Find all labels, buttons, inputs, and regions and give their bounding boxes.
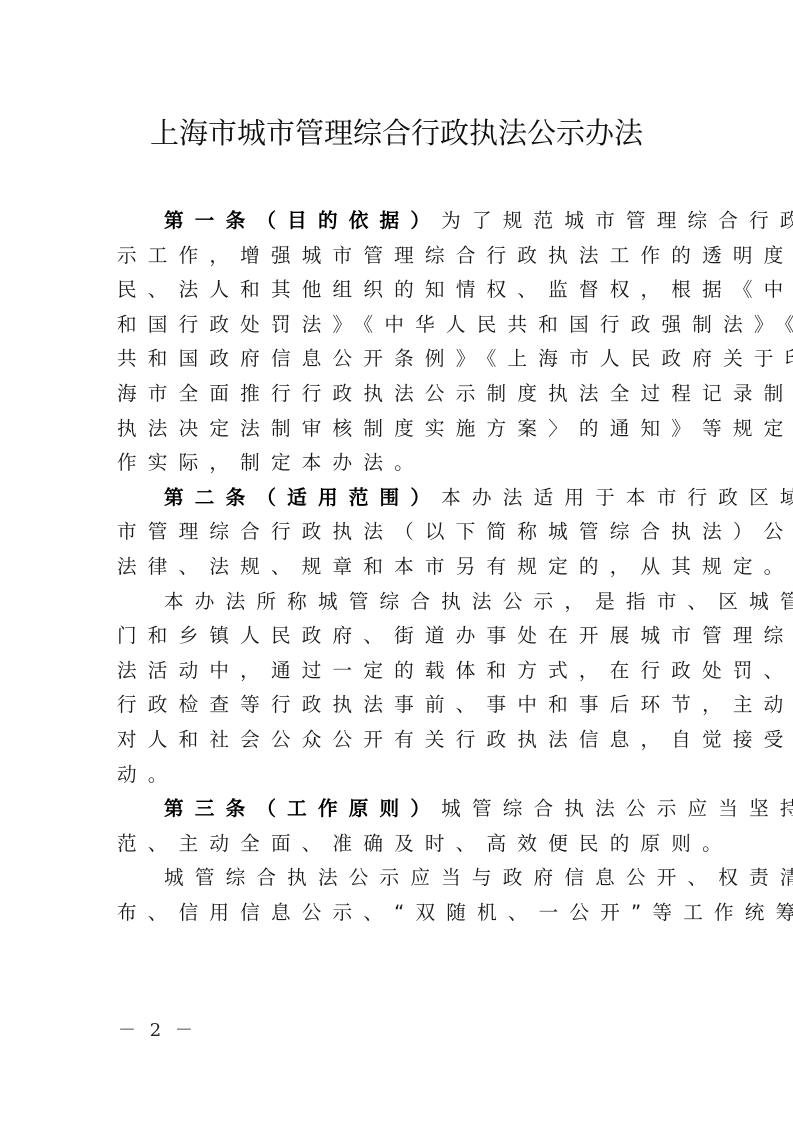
line-text: 范、主动全面、准确及时、高效便民的原则。	[117, 832, 733, 855]
line-text: 和国行政处罚法》《中华人民共和国行政强制法》《中华人民	[117, 313, 793, 336]
text-line: 市管理综合行政执法（以下简称城管综合执法）公示工作。	[117, 515, 677, 550]
text-line: 动。	[117, 758, 677, 793]
line-text: 海市全面推行行政执法公示制度执法全过程记录制度重大	[117, 382, 793, 405]
text-line: 行政检查等行政执法事前、事中和事后环节，主动向行政相	[117, 688, 677, 723]
text-line: 第三条（工作原则）城管综合执法公示应当坚持依法规	[117, 792, 677, 827]
article-2-heading: 第二条（适用范围）	[164, 486, 441, 509]
document-body: 第一条（目的依据）为了规范城市管理综合行政执法公 示工作，增强城市管理综合行政执…	[117, 204, 677, 930]
text-line: 和国行政处罚法》《中华人民共和国行政强制法》《中华人民	[117, 308, 677, 343]
line-text: 本办法所称城管综合执法公示，是指市、区城管执法部	[164, 590, 793, 613]
document-page: 上海市城市管理综合行政执法公示办法 第一条（目的依据）为了规范城市管理综合行政执…	[0, 0, 793, 1122]
line-text: 行政检查等行政执法事前、事中和事后环节，主动向行政相	[117, 693, 793, 716]
text-line: 法律、法规、规章和本市另有规定的，从其规定。	[117, 550, 677, 585]
line-text: 门和乡镇人民政府、街道办事处在开展城市管理综合行政执	[117, 624, 793, 647]
text-line: 范、主动全面、准确及时、高效便民的原则。	[117, 827, 677, 862]
line-text: 布、信用信息公示、“双随机、一公开”等工作统筹推进，	[117, 901, 793, 924]
line-text: 法律、法规、规章和本市另有规定的，从其规定。	[117, 555, 793, 578]
text-line: 执法决定法制审核制度实施方案〉的通知》等规定，结合工	[117, 412, 677, 447]
text-line: 海市全面推行行政执法公示制度执法全过程记录制度重大	[117, 377, 677, 412]
line-text: 城管综合执法公示应当与政府信息公开、权责清单公	[164, 866, 793, 889]
line-text: 对人和社会公众公开有关行政执法信息，自觉接受监督的活	[117, 728, 793, 751]
text-line: 第二条（适用范围）本办法适用于本市行政区域内的城	[117, 481, 677, 516]
page-number: － 2 －	[118, 1016, 197, 1042]
text-line: 示工作，增强城市管理综合行政执法工作的透明度，保障公	[117, 239, 677, 274]
text-line: 门和乡镇人民政府、街道办事处在开展城市管理综合行政执	[117, 619, 677, 654]
document-title: 上海市城市管理综合行政执法公示办法	[0, 111, 793, 152]
text-line: 城管综合执法公示应当与政府信息公开、权责清单公	[117, 861, 677, 896]
line-text: 法活动中，通过一定的载体和方式，在行政处罚、行政强制、	[117, 659, 793, 682]
line-text: 城管综合执法公示应当坚持依法规	[441, 797, 793, 820]
line-text: 作实际，制定本办法。	[117, 451, 425, 474]
line-text: 执法决定法制审核制度实施方案〉的通知》等规定，结合工	[117, 417, 793, 440]
article-1-heading: 第一条（目的依据）	[164, 209, 441, 232]
text-line: 作实际，制定本办法。	[117, 446, 677, 481]
text-line: 共和国政府信息公开条例》《上海市人民政府关于印发〈上	[117, 342, 677, 377]
text-line: 本办法所称城管综合执法公示，是指市、区城管执法部	[117, 585, 677, 620]
text-line: 对人和社会公众公开有关行政执法信息，自觉接受监督的活	[117, 723, 677, 758]
line-text: 示工作，增强城市管理综合行政执法工作的透明度，保障公	[117, 244, 793, 267]
text-line: 法活动中，通过一定的载体和方式，在行政处罚、行政强制、	[117, 654, 677, 689]
article-3-heading: 第三条（工作原则）	[164, 797, 441, 820]
line-text: 民、法人和其他组织的知情权、监督权，根据《中华人民共	[117, 278, 793, 301]
line-text: 市管理综合行政执法（以下简称城管综合执法）公示工作。	[117, 520, 793, 543]
text-line: 民、法人和其他组织的知情权、监督权，根据《中华人民共	[117, 273, 677, 308]
line-text: 动。	[117, 763, 179, 786]
line-text: 共和国政府信息公开条例》《上海市人民政府关于印发〈上	[117, 347, 793, 370]
text-line: 布、信用信息公示、“双随机、一公开”等工作统筹推进，	[117, 896, 677, 931]
line-text: 本办法适用于本市行政区域内的城	[441, 486, 793, 509]
text-line: 第一条（目的依据）为了规范城市管理综合行政执法公	[117, 204, 677, 239]
line-text: 为了规范城市管理综合行政执法公	[441, 209, 793, 232]
